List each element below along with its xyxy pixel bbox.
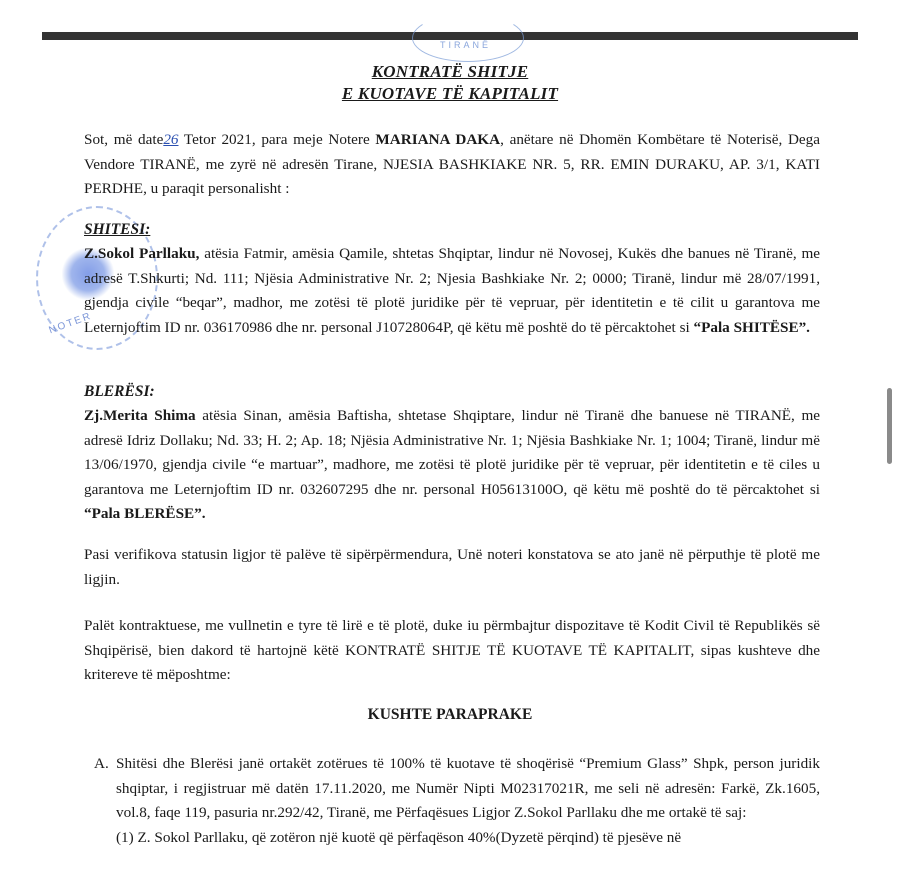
seller-heading: SHITESI: xyxy=(84,221,150,239)
document-title-line2: E KUOTAVE TË KAPITALIT xyxy=(0,84,900,104)
notary-stamp-top-text: TIRANË xyxy=(440,40,491,50)
notary-name: MARIANA DAKA xyxy=(375,131,500,148)
vertical-scrollbar[interactable] xyxy=(887,388,892,464)
buyer-name: Zj.Merita Shima xyxy=(84,407,196,424)
buyer-heading: BLERËSI: xyxy=(84,383,155,401)
seller-paragraph: Z.Sokol Parllaku, atësia Fatmir, amësia … xyxy=(84,242,820,340)
seller-name: Z.Sokol Parllaku, xyxy=(84,245,199,262)
condition-marker: A. xyxy=(94,752,109,777)
document-title-line1: KONTRATË SHITJE xyxy=(0,62,900,82)
intro-paragraph: Sot, më date26 Tetor 2021, para meje Not… xyxy=(84,128,820,202)
buyer-paragraph: Zj.Merita Shima atësia Sinan, amësia Baf… xyxy=(84,404,820,527)
verification-paragraph: Pasi verifikova statusin ligjor të palëv… xyxy=(84,543,820,592)
handwritten-day: 26 xyxy=(163,131,178,148)
intro-date: Tetor 2021, para meje Notere xyxy=(179,131,376,148)
intro-prefix: Sot, më date xyxy=(84,131,163,148)
conditions-heading: KUSHTE PARAPRAKE xyxy=(0,706,900,724)
condition-sub-item: (1) Z. Sokol Parllaku, që zotëron një ku… xyxy=(116,826,820,851)
condition-item: A. Shitësi dhe Blerësi janë ortakët zotë… xyxy=(116,752,820,850)
agreement-paragraph: Palët kontraktuese, me vullnetin e tyre … xyxy=(84,614,820,688)
condition-text: Shitësi dhe Blerësi janë ortakët zotërue… xyxy=(116,755,820,821)
seller-party-label: “Pala SHITËSE”. xyxy=(694,319,810,336)
notary-stamp-top xyxy=(412,14,524,62)
buyer-party-label: “Pala BLERËSE”. xyxy=(84,505,206,522)
